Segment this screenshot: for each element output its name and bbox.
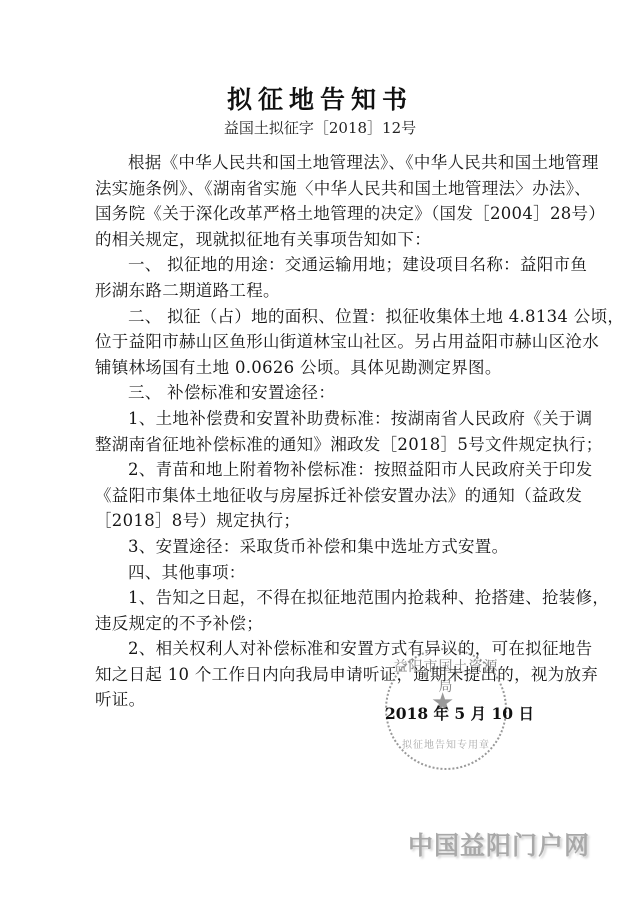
body-line: 2、青苗和地上附着物补偿标准：按照益阳市人民政府关于印发 bbox=[95, 457, 550, 483]
body-line: 《益阳市集体土地征收与房屋拆迁补偿安置办法》的通知（益政发 bbox=[95, 483, 550, 509]
section-two-heading: 二、 拟征（占）地的面积、位置：拟征收集体土地 4.8134 公顷， bbox=[95, 304, 550, 330]
seal-bottom-text: 拟征地告知专用章 bbox=[387, 736, 505, 751]
document-body: 根据《中华人民共和国土地管理法》、《中华人民共和国土地管理 法实施条例》、《湖南… bbox=[95, 150, 550, 713]
body-line: 法实施条例》、《湖南省实施〈中华人民共和国土地管理法〉办法》、 bbox=[95, 176, 550, 202]
section-four-heading: 四、其他事项： bbox=[95, 560, 550, 586]
body-line: 国务院《关于深化改革严格土地管理的决定》（国发［2004］28号） bbox=[95, 201, 550, 227]
section-three-heading: 三、 补偿标准和安置途径： bbox=[95, 380, 550, 406]
body-line: 铺镇林场国有土地 0.0626 公顷。具体见勘测定界图。 bbox=[95, 355, 550, 381]
body-line: 整湖南省征地补偿标准的通知》湘政发［2018］5号文件规定执行； bbox=[95, 432, 550, 458]
document-title: 拟征地告知书 bbox=[0, 80, 640, 116]
section-one-heading: 一、 拟征地的用途：交通运输用地；建设项目名称：益阳市鱼 bbox=[95, 252, 550, 278]
body-line: 位于益阳市赫山区鱼形山街道林宝山社区。另占用益阳市赫山区沧水 bbox=[95, 329, 550, 355]
body-line: 形湖东路二期道路工程。 bbox=[95, 278, 550, 304]
body-line: 根据《中华人民共和国土地管理法》、《中华人民共和国土地管理 bbox=[95, 150, 550, 176]
body-line: 1、告知之日起，不得在拟征地范围内抢栽种、抢搭建、抢装修， bbox=[95, 585, 550, 611]
body-line: ［2018］8号）规定执行； bbox=[95, 508, 550, 534]
document-number: 益国土拟征字［2018］12号 bbox=[0, 117, 640, 138]
document-date: 2018 年 5 月 10 日 bbox=[385, 702, 534, 724]
body-line: 的相关规定，现就拟征地有关事项告知如下： bbox=[95, 227, 550, 253]
body-line: 1、土地补偿费和安置补助费标准：按湖南省人民政府《关于调 bbox=[95, 406, 550, 432]
body-line: 违反规定的不予补偿； bbox=[95, 611, 550, 637]
body-line: 3、安置途径：采取货币补偿和集中选址方式安置。 bbox=[95, 534, 550, 560]
site-watermark: 中国益阳门户网 bbox=[408, 826, 590, 862]
